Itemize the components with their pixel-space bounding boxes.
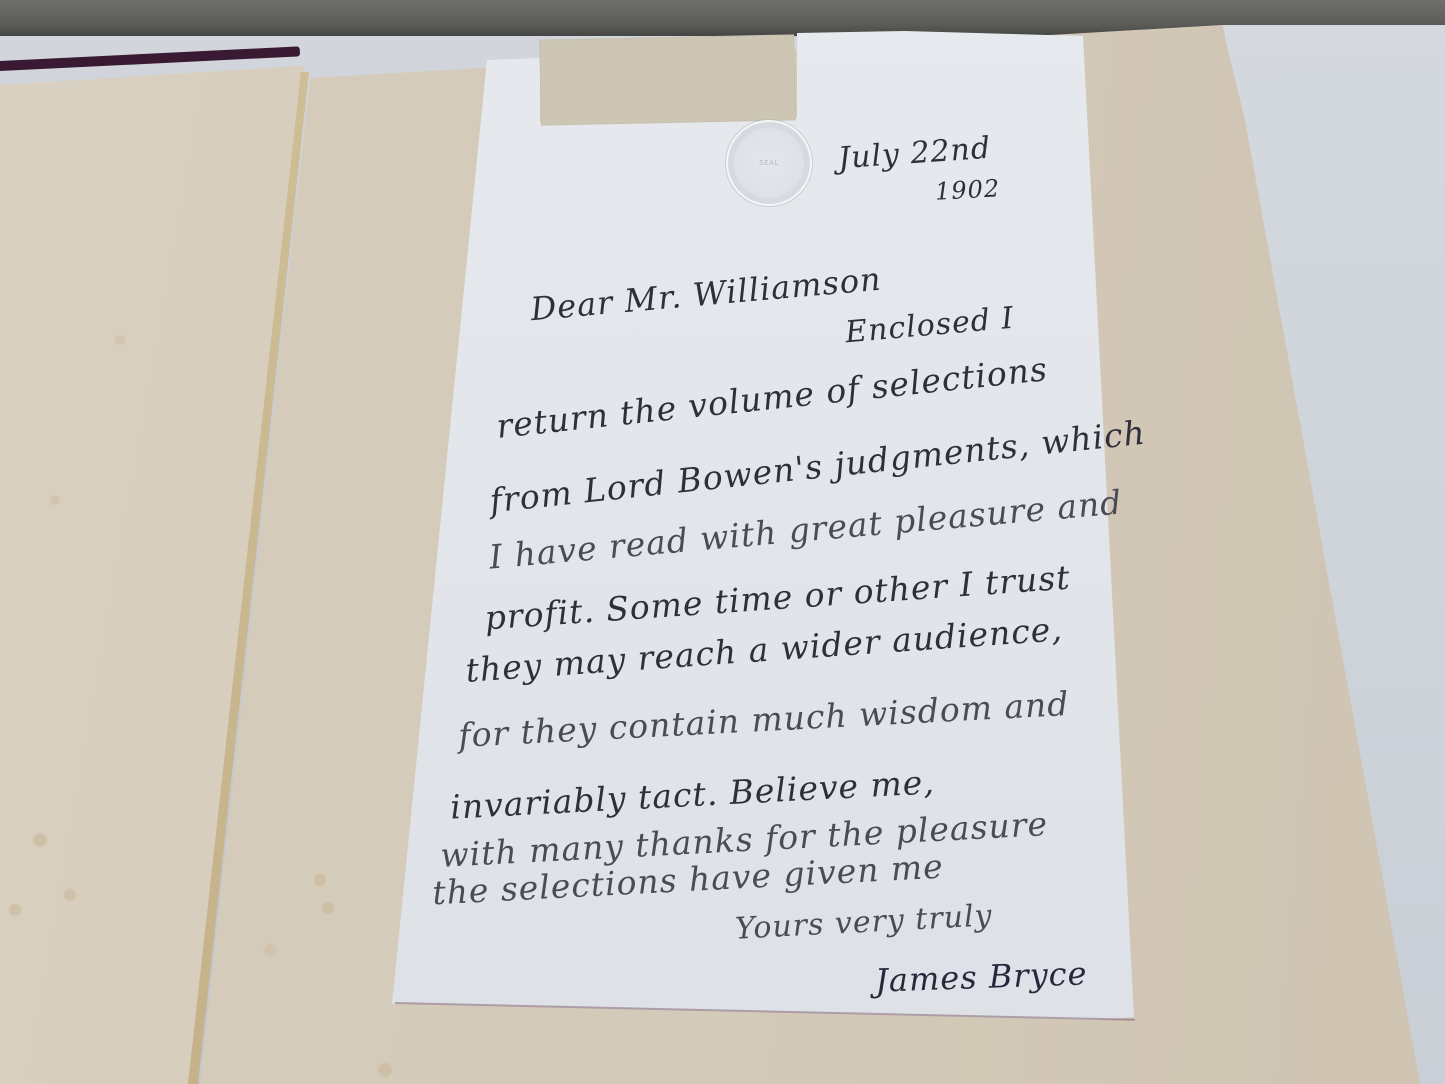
letter-signature: James Bryce <box>874 954 1088 999</box>
embossed-seal-icon: SEAL <box>726 120 812 206</box>
mounting-tape <box>539 34 796 125</box>
letter-date-year: 1902 <box>934 174 1000 205</box>
photo-scene: SEAL July 22nd 1902 Dear Mr. Williamson … <box>0 0 1445 1084</box>
seal-text: SEAL <box>742 136 796 190</box>
